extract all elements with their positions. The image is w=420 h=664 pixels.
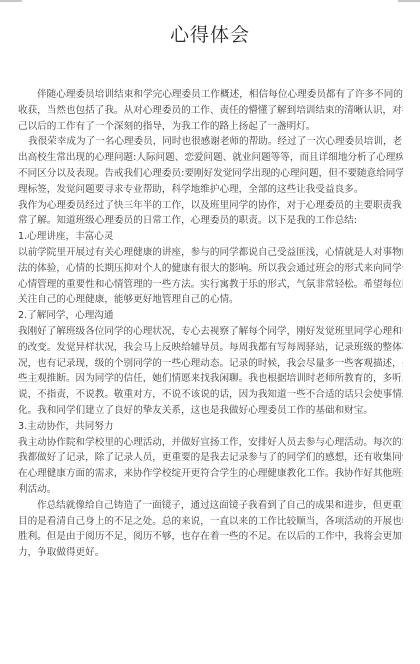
paragraph-line: 以前学院里开展过有关心理健康的讲座，参与的同学都说自己受益匪浅，心情就是人对事物… <box>18 245 403 261</box>
paragraph-line: 理标签，发觉问题要寻求专业帮助，科学地维护心理，全部的这些让我受益良多。 <box>18 182 403 198</box>
paragraph-line: 我刚好了解班级各位同学的心理状况，专心去视察了解每个同学，刚好发觉班里同学心理和… <box>18 324 403 340</box>
paragraph-line: 收获，当然也包括了我。从对心理委员的工作、责任的懵懂了解到培训结束的清晰认识，对… <box>18 103 403 119</box>
paragraph-line: 目的是看清自己身上的不足之处。总的来说，一直以来的工作比较顺当，各项活动的开展也… <box>18 514 403 530</box>
page-corner-mark-right <box>398 0 420 2</box>
paragraph-line: 在心理健康方面的需求，来协作学校绽开更符合学生的心理健康教化工作。我协作好其他班… <box>18 466 403 482</box>
document-body: 伴随心理委员培训结束和学完心理委员工作概述，相信每位心理委员都有了许多不同的 收… <box>18 87 403 561</box>
paragraph-line: 我作为心理委员经过了快三年半的工作，以及班里同学的协作，对于心理委员的主要职责我… <box>18 198 403 214</box>
paragraph-line: 胜利。但是由于阅历不足，阅历不够，也存在着一些的不足。在以后的工作中，我将会更加… <box>18 529 403 545</box>
page-corner-mark-left <box>0 0 22 2</box>
paragraph-line: 我都做好了记录，除了记录人员，更重要的是我去记录参与了的同学们的感想，还有收集同… <box>18 450 403 466</box>
paragraph-line: 我主动协作院和学校里的心理活动，并做好宣扬工作，安排好人员去参与心理活动。每次的… <box>18 435 403 451</box>
section-heading: 1.心理讲座，丰富心灵 <box>18 229 403 245</box>
document-page: 心得体会 伴随心理委员培训结束和学完心理委员工作概述，相信每位心理委员都有了许多… <box>0 0 420 664</box>
paragraph-line: 况，也有记录现，级的个别同学的一些心理动态。记录的时候，我会尽量多一些客观描述，… <box>18 356 403 372</box>
paragraph-line: 力，争取做得更好。 <box>18 545 403 561</box>
paragraph-line: 利活动。 <box>18 482 403 498</box>
paragraph-line: 心情管理的重要性和心情管理的一些方法。实行寓教于乐的形式，气氛非常轻松。希望每位… <box>18 277 403 293</box>
paragraph-line: 己以后的工作有了一个深刻的指导，为我工作的路上扬起了一盏明灯。 <box>18 119 403 135</box>
paragraph-line: 说，不指责，不说教。敬重对方，不说不该说的话，因为我知道一些不合适的话只会使事情… <box>18 387 403 403</box>
paragraph-line: 关注自己的心理健康，能够更好地管理自己的心情。 <box>18 292 403 308</box>
paragraph-line: 的改变。发觉异样状况，我会马上反映给辅导员。每周我都有写每周驿站，记录班级的整体… <box>18 340 403 356</box>
paragraph-line: 伴随心理委员培训结束和学完心理委员工作概述，相信每位心理委员都有了许多不同的 <box>18 87 403 103</box>
section-heading: 2.了解同学，心理沟通 <box>18 308 403 324</box>
document-title: 心得体会 <box>0 22 420 48</box>
paragraph-line: 出高校生常出现的心理问题:人际问题、恋爱问题、就业问题等等，而且详细地分析了心理… <box>18 150 403 166</box>
paragraph-line: 常了解。知道班级心理委员的日常工作，心理委员的职责。以下是我的工作总结: <box>18 213 403 229</box>
paragraph-line: 不同区分以及表现。告戒我们心理委员:要刚好发觉同学出现的心理问题，但不要随意给同… <box>18 166 403 182</box>
section-heading: 3.主动协作，共同努力 <box>18 419 403 435</box>
paragraph-line: 我很荣幸成为了一名心理委员，同时也很感谢老师的帮助。经过了一次心理委员培训，老师… <box>18 134 403 150</box>
paragraph-line: 化。我和同学们建立了良好的挚友关系，这也是我做好心理委员工作的基础和财宝。 <box>18 403 403 419</box>
paragraph-line: 些主观推断。因为同学的信任，她们情愿来找我闲聊。我也根据培训时老师所教育的，多听… <box>18 371 403 387</box>
paragraph-line: 作总结就像给自己铸造了一面镜子，通过这面镜子我看到了自己的成果和进步，但更重要的 <box>18 498 403 514</box>
paragraph-line: 法的体验，心情的长期压抑对个人的健康有很大的影响。所以我会通过班会的形式来向同学… <box>18 261 403 277</box>
